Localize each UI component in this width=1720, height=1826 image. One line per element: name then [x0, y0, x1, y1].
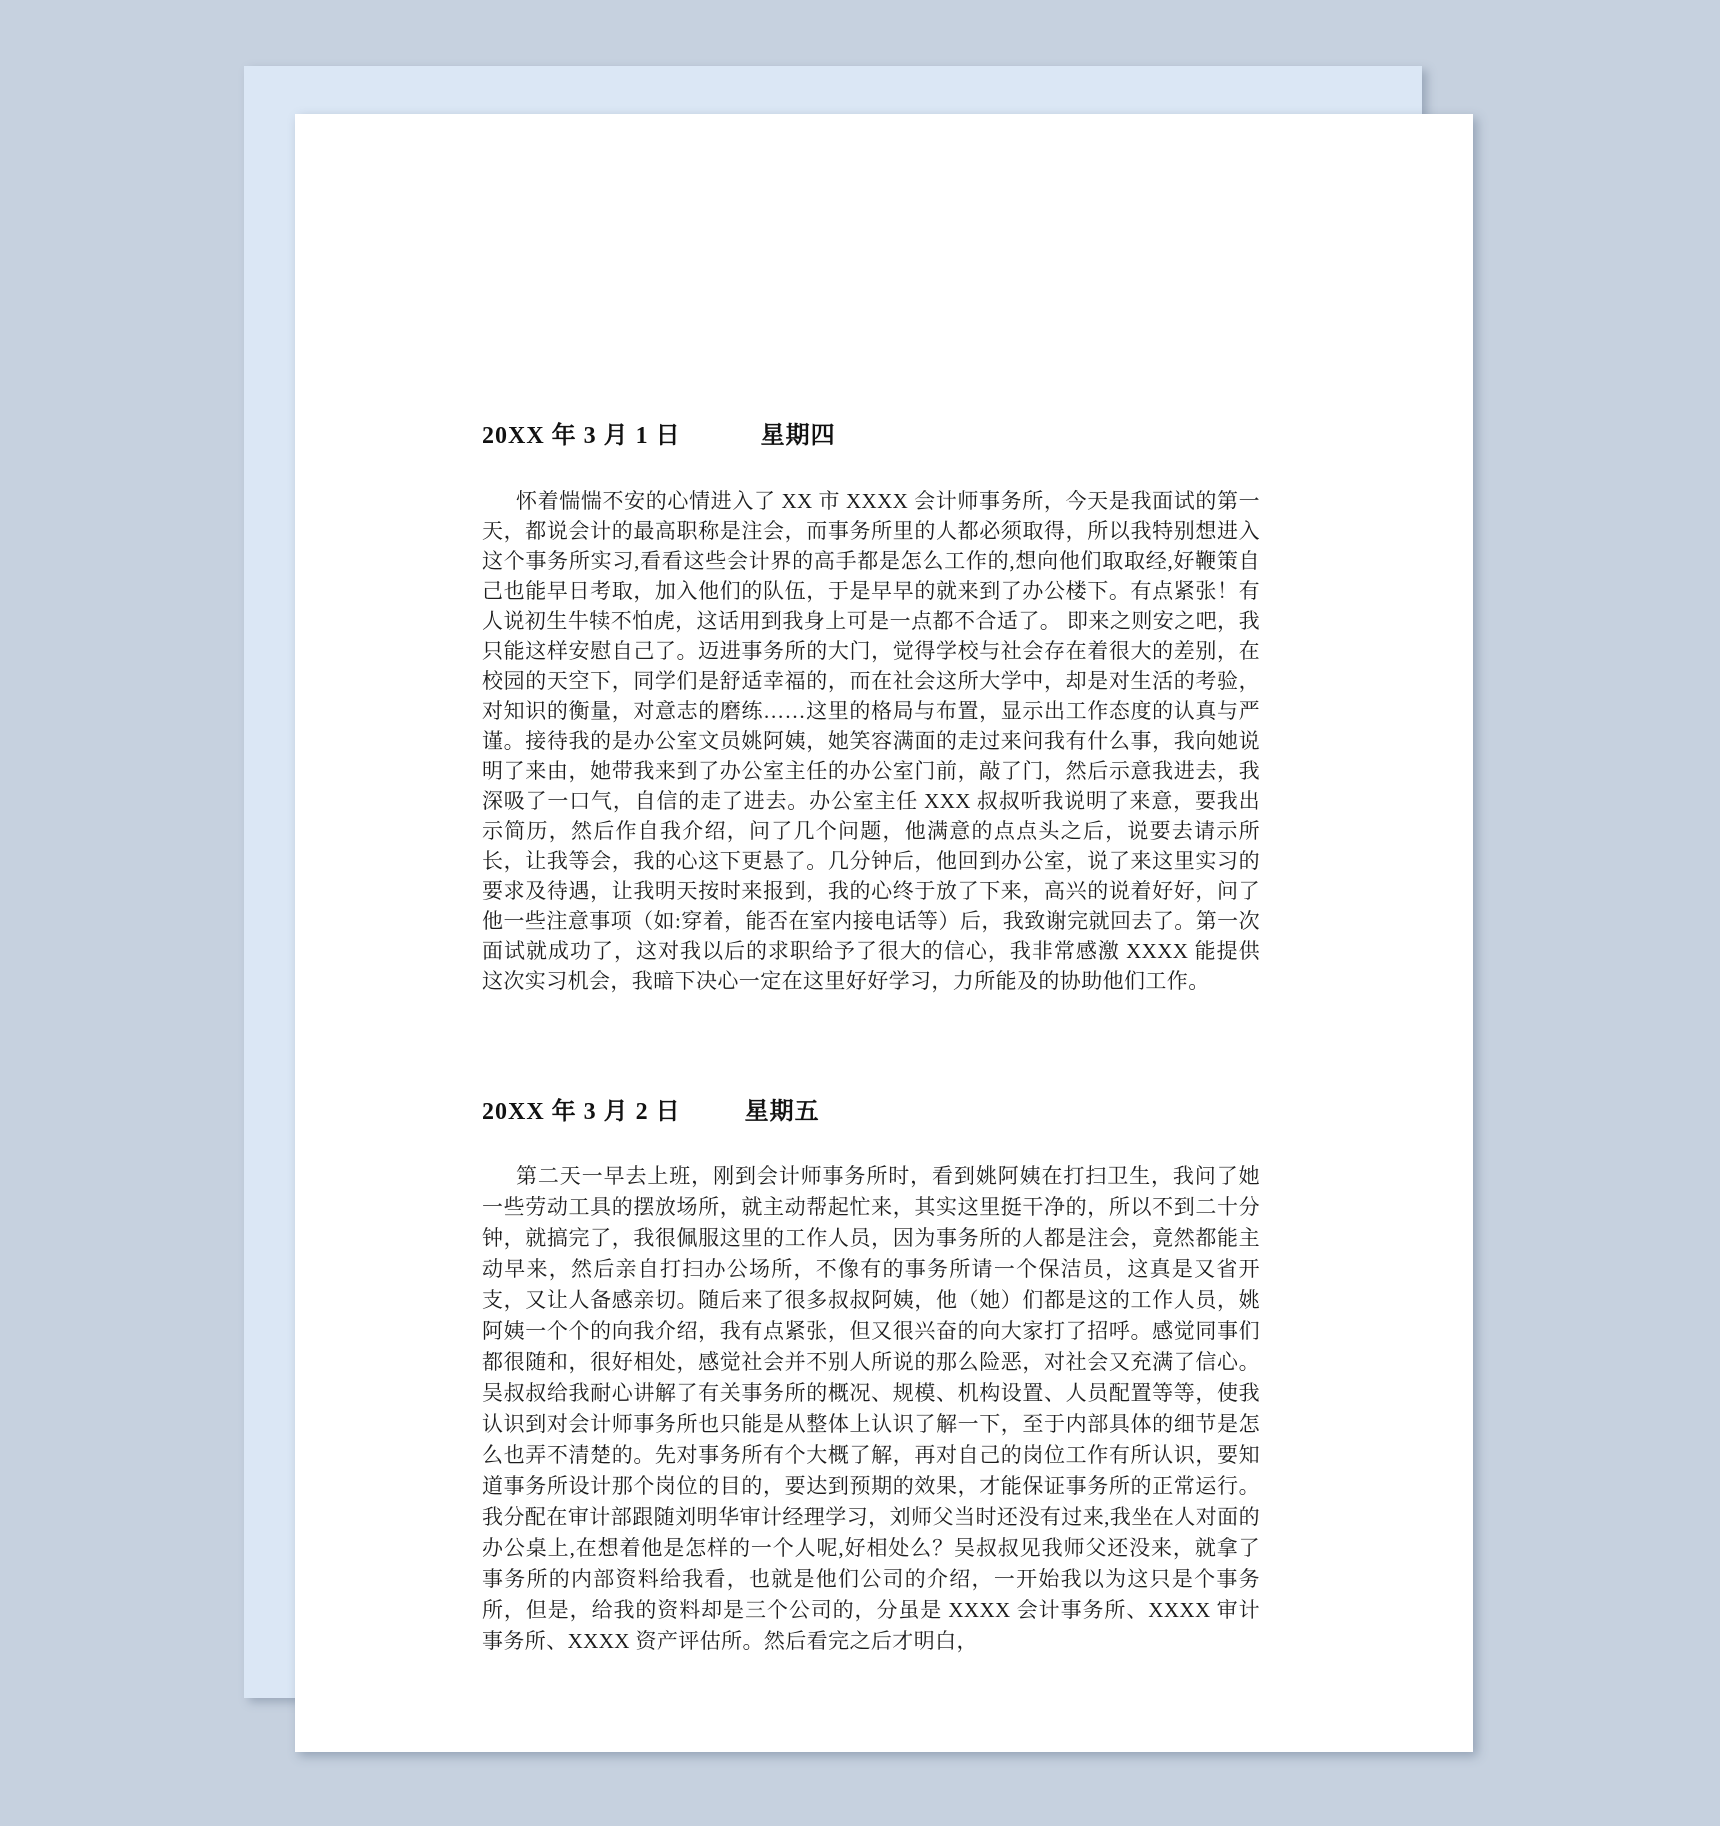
- entry-heading: 20XX 年 3 月 2 日星期五: [482, 1096, 1260, 1128]
- document-content: 20XX 年 3 月 1 日星期四 怀着惴惴不安的心情进入了 XX 市 XXXX…: [482, 114, 1260, 1657]
- desktop-background: { "page": { "background_color": "#c6d1df…: [0, 0, 1720, 1826]
- entry-date: 20XX 年 3 月 2 日: [482, 1099, 681, 1125]
- entry-weekday: 星期四: [761, 423, 836, 449]
- diary-entry: 20XX 年 3 月 2 日星期五 第二天一早去上班，刚到会计师事务所时，看到姚…: [482, 1096, 1260, 1657]
- entry-weekday: 星期五: [745, 1099, 820, 1125]
- entry-body-text: 怀着惴惴不安的心情进入了 XX 市 XXXX 会计师事务所，今天是我面试的第一天…: [482, 486, 1260, 996]
- entry-body-text: 第二天一早去上班，刚到会计师事务所时，看到姚阿姨在打扫卫生，我问了她一些劳动工具…: [482, 1161, 1260, 1657]
- diary-entry: 20XX 年 3 月 1 日星期四 怀着惴惴不安的心情进入了 XX 市 XXXX…: [482, 420, 1260, 996]
- document-page: 20XX 年 3 月 1 日星期四 怀着惴惴不安的心情进入了 XX 市 XXXX…: [295, 114, 1473, 1752]
- entry-heading: 20XX 年 3 月 1 日星期四: [482, 420, 1260, 452]
- entry-date: 20XX 年 3 月 1 日: [482, 423, 681, 449]
